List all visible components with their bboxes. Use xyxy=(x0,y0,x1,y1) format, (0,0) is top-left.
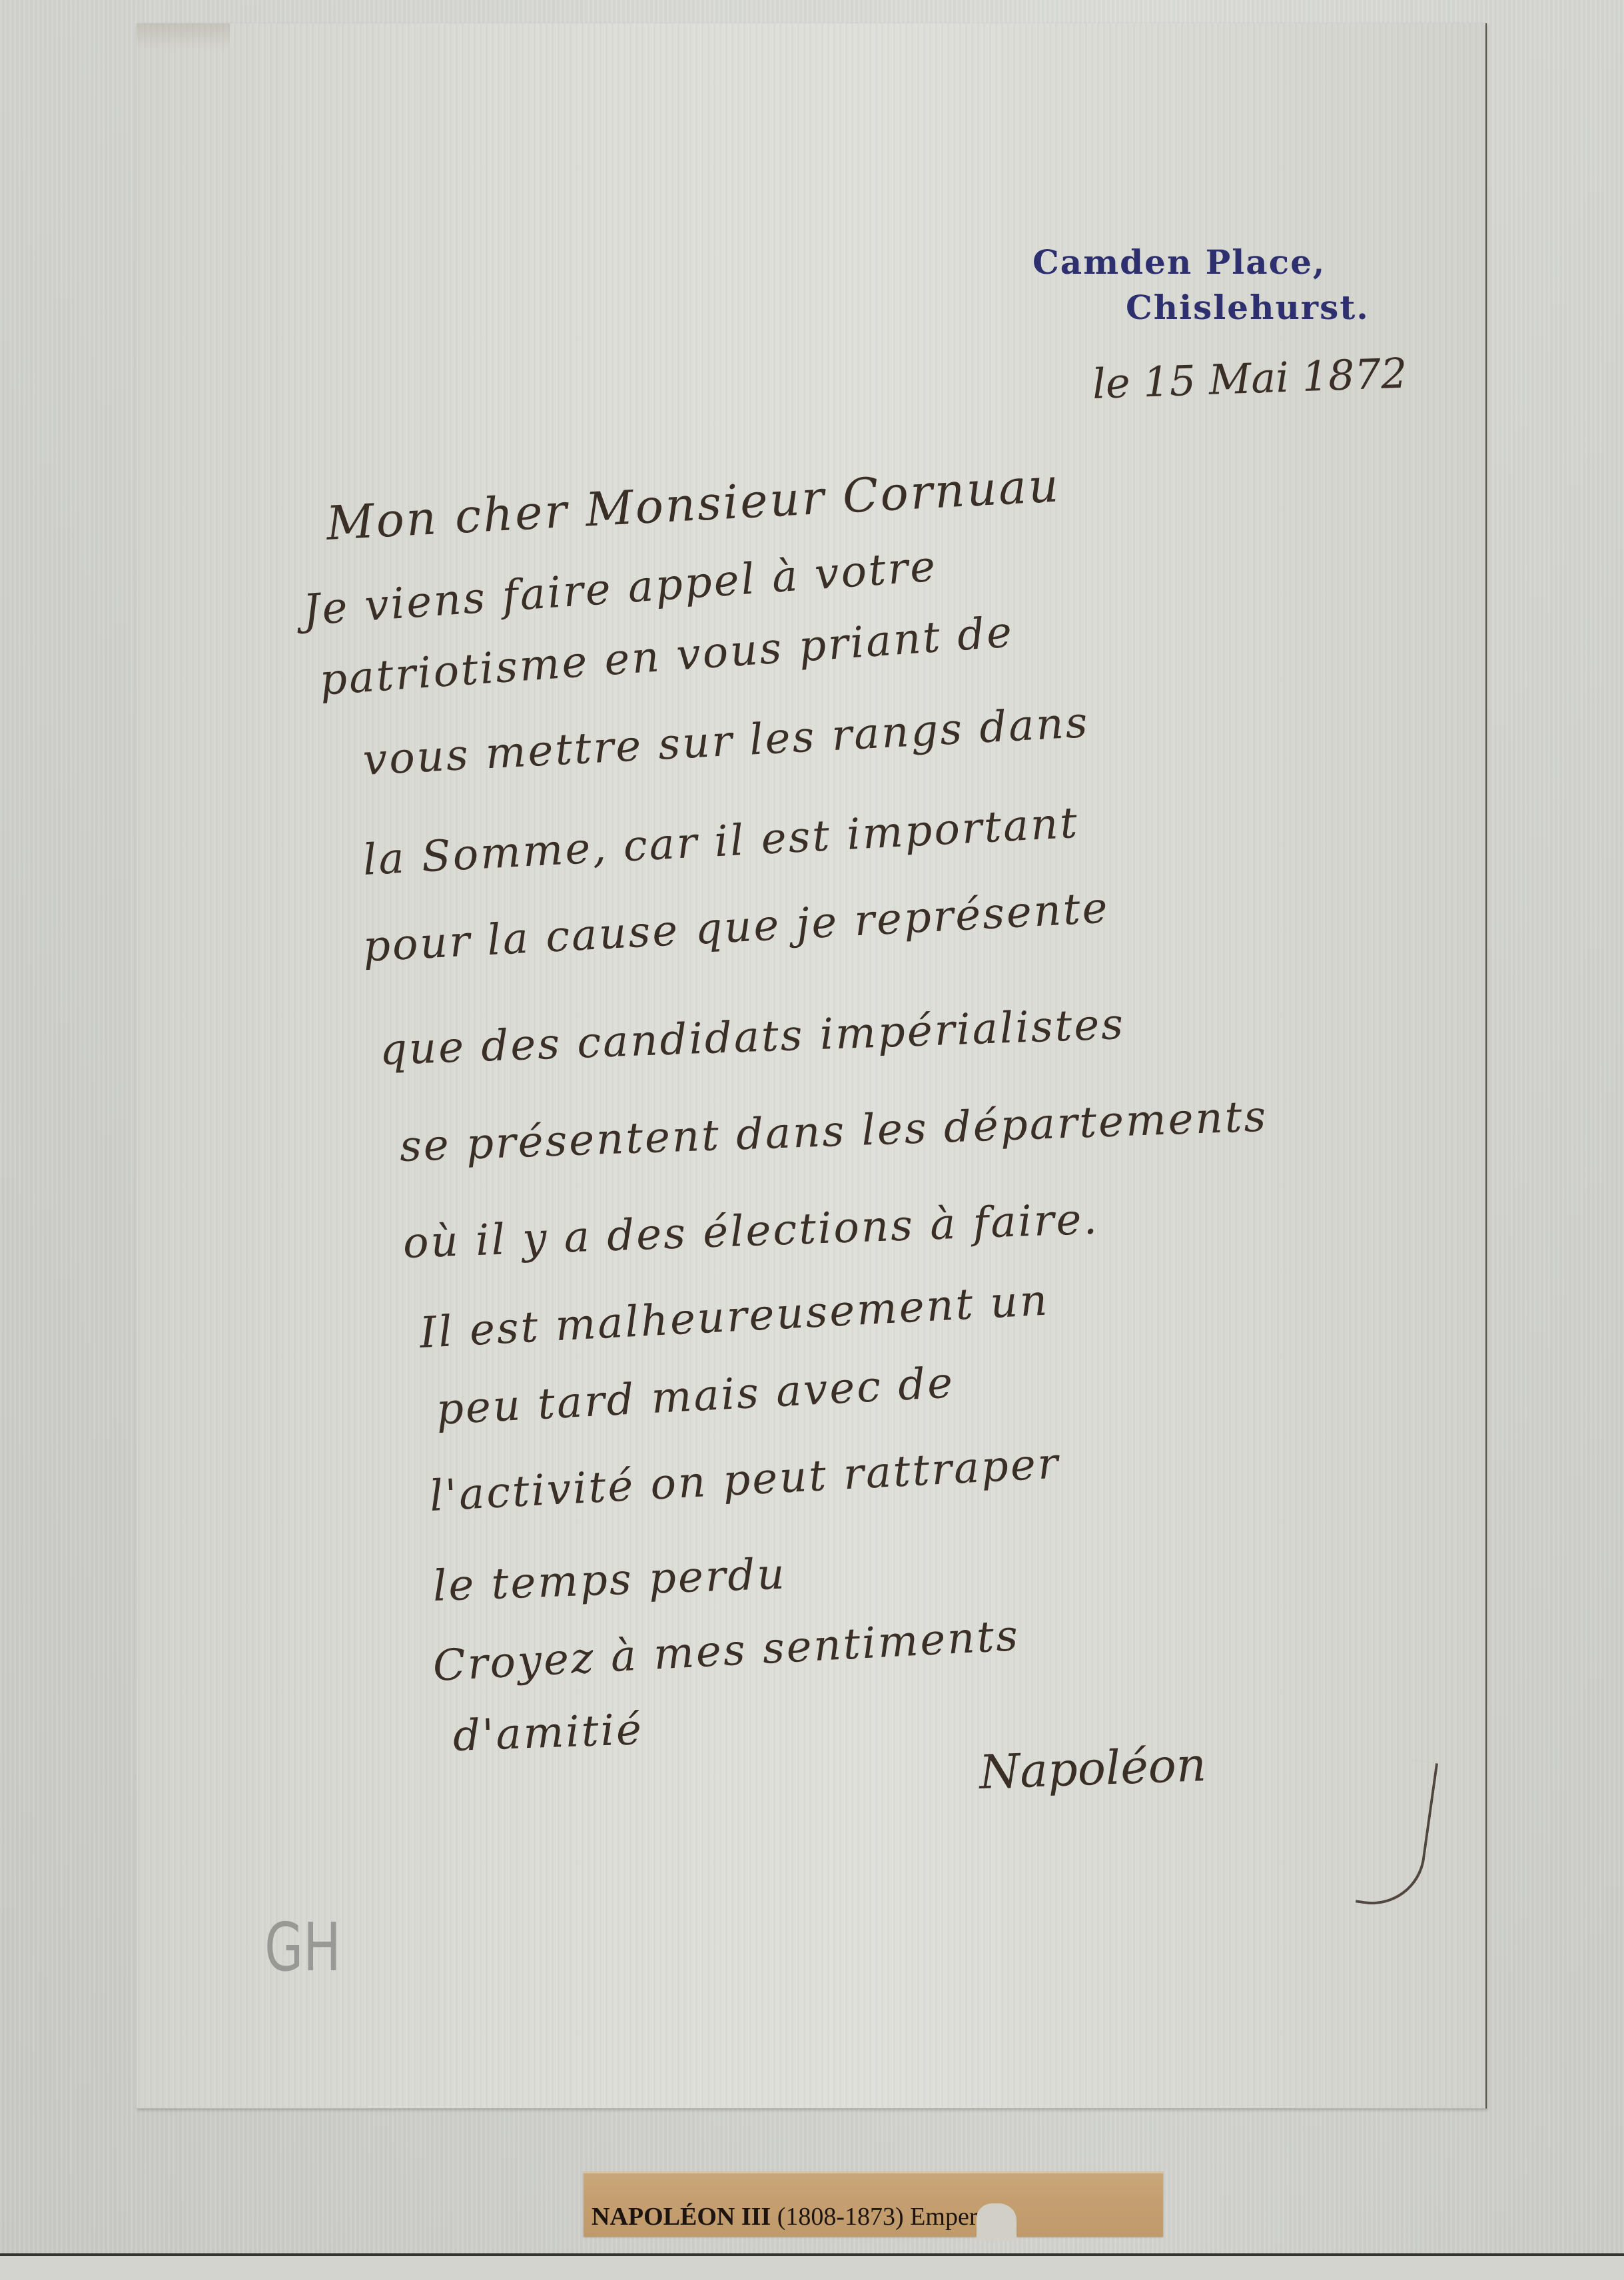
letterhead-line-2: Chislehurst. xyxy=(1032,285,1370,330)
label-years: (1808-1873) xyxy=(777,2203,904,2231)
letterhead: Camden Place, Chislehurst. xyxy=(1032,240,1370,330)
label-name: NAPOLÉON III xyxy=(592,2203,771,2231)
pencil-annotation: GH xyxy=(264,1908,341,1986)
label-torn-area xyxy=(977,2203,1016,2240)
signature: Napoléon xyxy=(979,1737,1208,1800)
letter-sheet xyxy=(137,23,1487,2109)
frame-label-text: NAPOLÉON III (1808-1873) Empereur. xyxy=(592,2202,1015,2231)
frame-bottom-mat xyxy=(0,2256,1624,2280)
letterhead-line-1: Camden Place, xyxy=(1032,240,1370,285)
letter-closing: d'amitié xyxy=(452,1705,644,1761)
frame-label-plaque: NAPOLÉON III (1808-1873) Empereur. xyxy=(584,2171,1163,2237)
